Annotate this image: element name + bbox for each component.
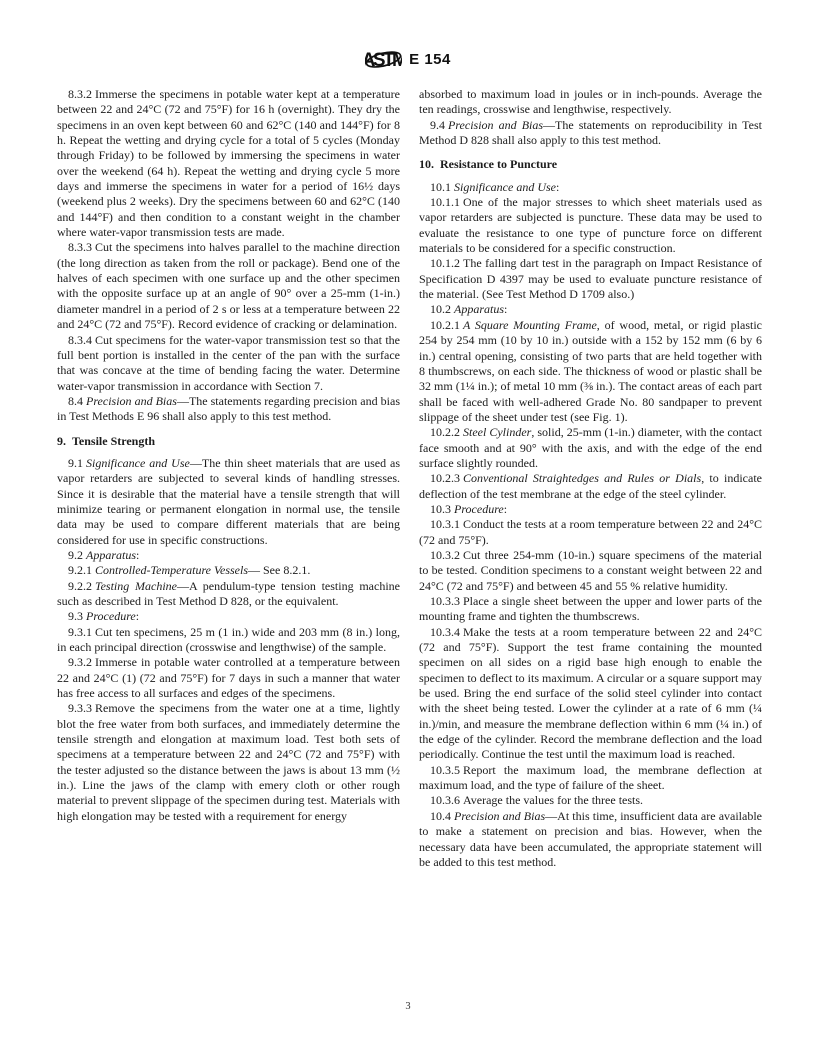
- left-column: 8.3.2Immerse the specimens in potable wa…: [57, 87, 400, 824]
- clause-text: absorbed to maximum load in joules or in…: [419, 87, 762, 116]
- clause-title: Apparatus: [454, 302, 504, 316]
- clause-number: 9.2.1: [68, 563, 92, 577]
- clause-title: Procedure: [454, 502, 504, 516]
- clause-paragraph: 8.4Precision and Bias—The statements reg…: [57, 394, 400, 425]
- clause-number: 8.3.2: [68, 87, 92, 101]
- clause-paragraph: 10.2.1A Square Mounting Frame, of wood, …: [419, 318, 762, 425]
- clause-text: — See 8.2.1.: [248, 563, 310, 577]
- clause-paragraph: 9.3.1Cut ten specimens, 25 m (1 in.) wid…: [57, 625, 400, 656]
- clause-title: Procedure: [86, 609, 136, 623]
- clause-paragraph: 10.3.1Conduct the tests at a room temper…: [419, 517, 762, 548]
- clause-paragraph: 9.2.2Testing Machine—A pendulum-type ten…: [57, 579, 400, 610]
- clause-number: 10.3: [430, 502, 451, 516]
- clause-number: 9.2: [68, 548, 83, 562]
- clause-number: 9.3: [68, 609, 83, 623]
- clause-title: Significance and Use: [454, 180, 556, 194]
- clause-text: :: [504, 302, 507, 316]
- clause-number: 9.1: [68, 456, 83, 470]
- clause-paragraph: 10.3Procedure:: [419, 502, 762, 517]
- clause-number: 10.1.2: [430, 256, 460, 270]
- clause-paragraph: 10.2.3Conventional Straightedges and Rul…: [419, 471, 762, 502]
- clause-paragraph: 10.2.2Steel Cylinder, solid, 25-mm (1-in…: [419, 425, 762, 471]
- clause-paragraph: 10.3.2Cut three 254-mm (10-in.) square s…: [419, 548, 762, 594]
- clause-number: 9.3.2: [68, 655, 92, 669]
- clause-paragraph: 8.3.4Cut specimens for the water-vapor t…: [57, 333, 400, 394]
- clause-text: , of wood, metal, or rigid plastic 254 b…: [419, 318, 762, 424]
- clause-number: 9.4: [430, 118, 445, 132]
- clause-paragraph: 9.3.2Immerse in potable water controlled…: [57, 655, 400, 701]
- clause-number: 8.4: [68, 394, 83, 408]
- clause-text: Immerse in potable water controlled at a…: [57, 655, 400, 700]
- clause-text: Conduct the tests at a room temperature …: [419, 517, 762, 546]
- clause-number: 9.3.3: [68, 701, 92, 715]
- clause-text: :: [504, 502, 507, 516]
- clause-paragraph: 10.3.6Average the values for the three t…: [419, 793, 762, 808]
- clause-number: 10.1: [430, 180, 451, 194]
- clause-paragraph: 9.3.3Remove the specimens from the water…: [57, 701, 400, 824]
- clause-paragraph: 10.2Apparatus:: [419, 302, 762, 317]
- standard-designation: E 154: [409, 51, 451, 68]
- clause-title: Controlled-Temperature Vessels: [95, 563, 248, 577]
- clause-paragraph: 10.1Significance and Use:: [419, 180, 762, 195]
- clause-title: Precision and Bias: [448, 118, 543, 132]
- clause-title: Testing Machine: [95, 579, 177, 593]
- section-heading: 10.Resistance to Puncture: [419, 157, 762, 172]
- clause-text: Report the maximum load, the membrane de…: [419, 763, 762, 792]
- clause-number: 10.2: [430, 302, 451, 316]
- clause-number: 10.3.5: [430, 763, 460, 777]
- clause-title: Precision and Bias: [86, 394, 177, 408]
- heading-text: Resistance to Puncture: [440, 157, 557, 171]
- clause-number: 10.4: [430, 809, 451, 823]
- heading-text: Tensile Strength: [72, 434, 155, 448]
- clause-paragraph: 9.3Procedure:: [57, 609, 400, 624]
- clause-title: Steel Cylinder: [463, 425, 531, 439]
- clause-text: Immerse the specimens in potable water k…: [57, 87, 400, 239]
- clause-number: 10.3.4: [430, 625, 460, 639]
- clause-paragraph: 8.3.3Cut the specimens into halves paral…: [57, 240, 400, 332]
- right-column: absorbed to maximum load in joules or in…: [419, 87, 762, 870]
- clause-text: Cut specimens for the water-vapor transm…: [57, 333, 400, 393]
- clause-paragraph: 9.2.1Controlled-Temperature Vessels— See…: [57, 563, 400, 578]
- clause-paragraph: 8.3.2Immerse the specimens in potable wa…: [57, 87, 400, 240]
- clause-title: Significance and Use: [86, 456, 190, 470]
- section-heading: 9.Tensile Strength: [57, 434, 400, 449]
- clause-title: A Square Mounting Frame: [463, 318, 597, 332]
- clause-paragraph: 10.4Precision and Bias—At this time, ins…: [419, 809, 762, 870]
- clause-title: Conventional Straightedges and Rules or …: [463, 471, 701, 485]
- clause-number: 10.3.1: [430, 517, 460, 531]
- clause-number: 10.3.3: [430, 594, 460, 608]
- clause-text: Cut the specimens into halves parallel t…: [57, 240, 400, 331]
- page-footer: 3: [0, 1001, 816, 1012]
- continuation-paragraph: absorbed to maximum load in joules or in…: [419, 87, 762, 118]
- clause-number: 8.3.4: [68, 333, 92, 347]
- document-page: ASTM E 154 8.3.2Immerse the specimens in…: [0, 0, 816, 1056]
- clause-text: :: [136, 609, 139, 623]
- astm-logo-icon: ASTM: [365, 47, 402, 72]
- clause-text: The falling dart test in the paragraph o…: [419, 256, 762, 301]
- clause-text: Cut ten specimens, 25 m (1 in.) wide and…: [57, 625, 400, 654]
- clause-number: 10.1.1: [430, 195, 460, 209]
- clause-text: Make the tests at a room temperature bet…: [419, 625, 762, 762]
- clause-number: 10.2.3: [430, 471, 460, 485]
- clause-number: 10.: [419, 157, 434, 171]
- clause-text: Average the values for the three tests.: [463, 793, 643, 807]
- clause-text: :: [136, 548, 139, 562]
- page-number: 3: [405, 1001, 410, 1012]
- clause-paragraph: 9.4Precision and Bias—The statements on …: [419, 118, 762, 149]
- clause-text: Remove the specimens from the water one …: [57, 701, 400, 822]
- clause-paragraph: 10.3.5Report the maximum load, the membr…: [419, 763, 762, 794]
- clause-number: 10.2.2: [430, 425, 460, 439]
- clause-paragraph: 10.3.3Place a single sheet between the u…: [419, 594, 762, 625]
- clause-number: 9.2.2: [68, 579, 92, 593]
- clause-number: 10.3.6: [430, 793, 460, 807]
- clause-number: 8.3.3: [68, 240, 92, 254]
- clause-paragraph: 9.1Significance and Use—The thin sheet m…: [57, 456, 400, 548]
- clause-text: Place a single sheet between the upper a…: [419, 594, 762, 623]
- clause-number: 10.3.2: [430, 548, 460, 562]
- clause-number: 10.2.1: [430, 318, 460, 332]
- clause-number: 9.3.1: [68, 625, 92, 639]
- clause-paragraph: 10.1.2The falling dart test in the parag…: [419, 256, 762, 302]
- clause-paragraph: 9.2Apparatus:: [57, 548, 400, 563]
- page-header: ASTM E 154: [0, 44, 816, 74]
- clause-paragraph: 10.1.1One of the major stresses to which…: [419, 195, 762, 256]
- clause-title: Precision and Bias: [454, 809, 545, 823]
- clause-text: Cut three 254-mm (10-in.) square specime…: [419, 548, 762, 593]
- clause-title: Apparatus: [86, 548, 136, 562]
- clause-text: :: [556, 180, 559, 194]
- clause-text: One of the major stresses to which sheet…: [419, 195, 762, 255]
- clause-number: 9.: [57, 434, 66, 448]
- clause-paragraph: 10.3.4Make the tests at a room temperatu…: [419, 625, 762, 763]
